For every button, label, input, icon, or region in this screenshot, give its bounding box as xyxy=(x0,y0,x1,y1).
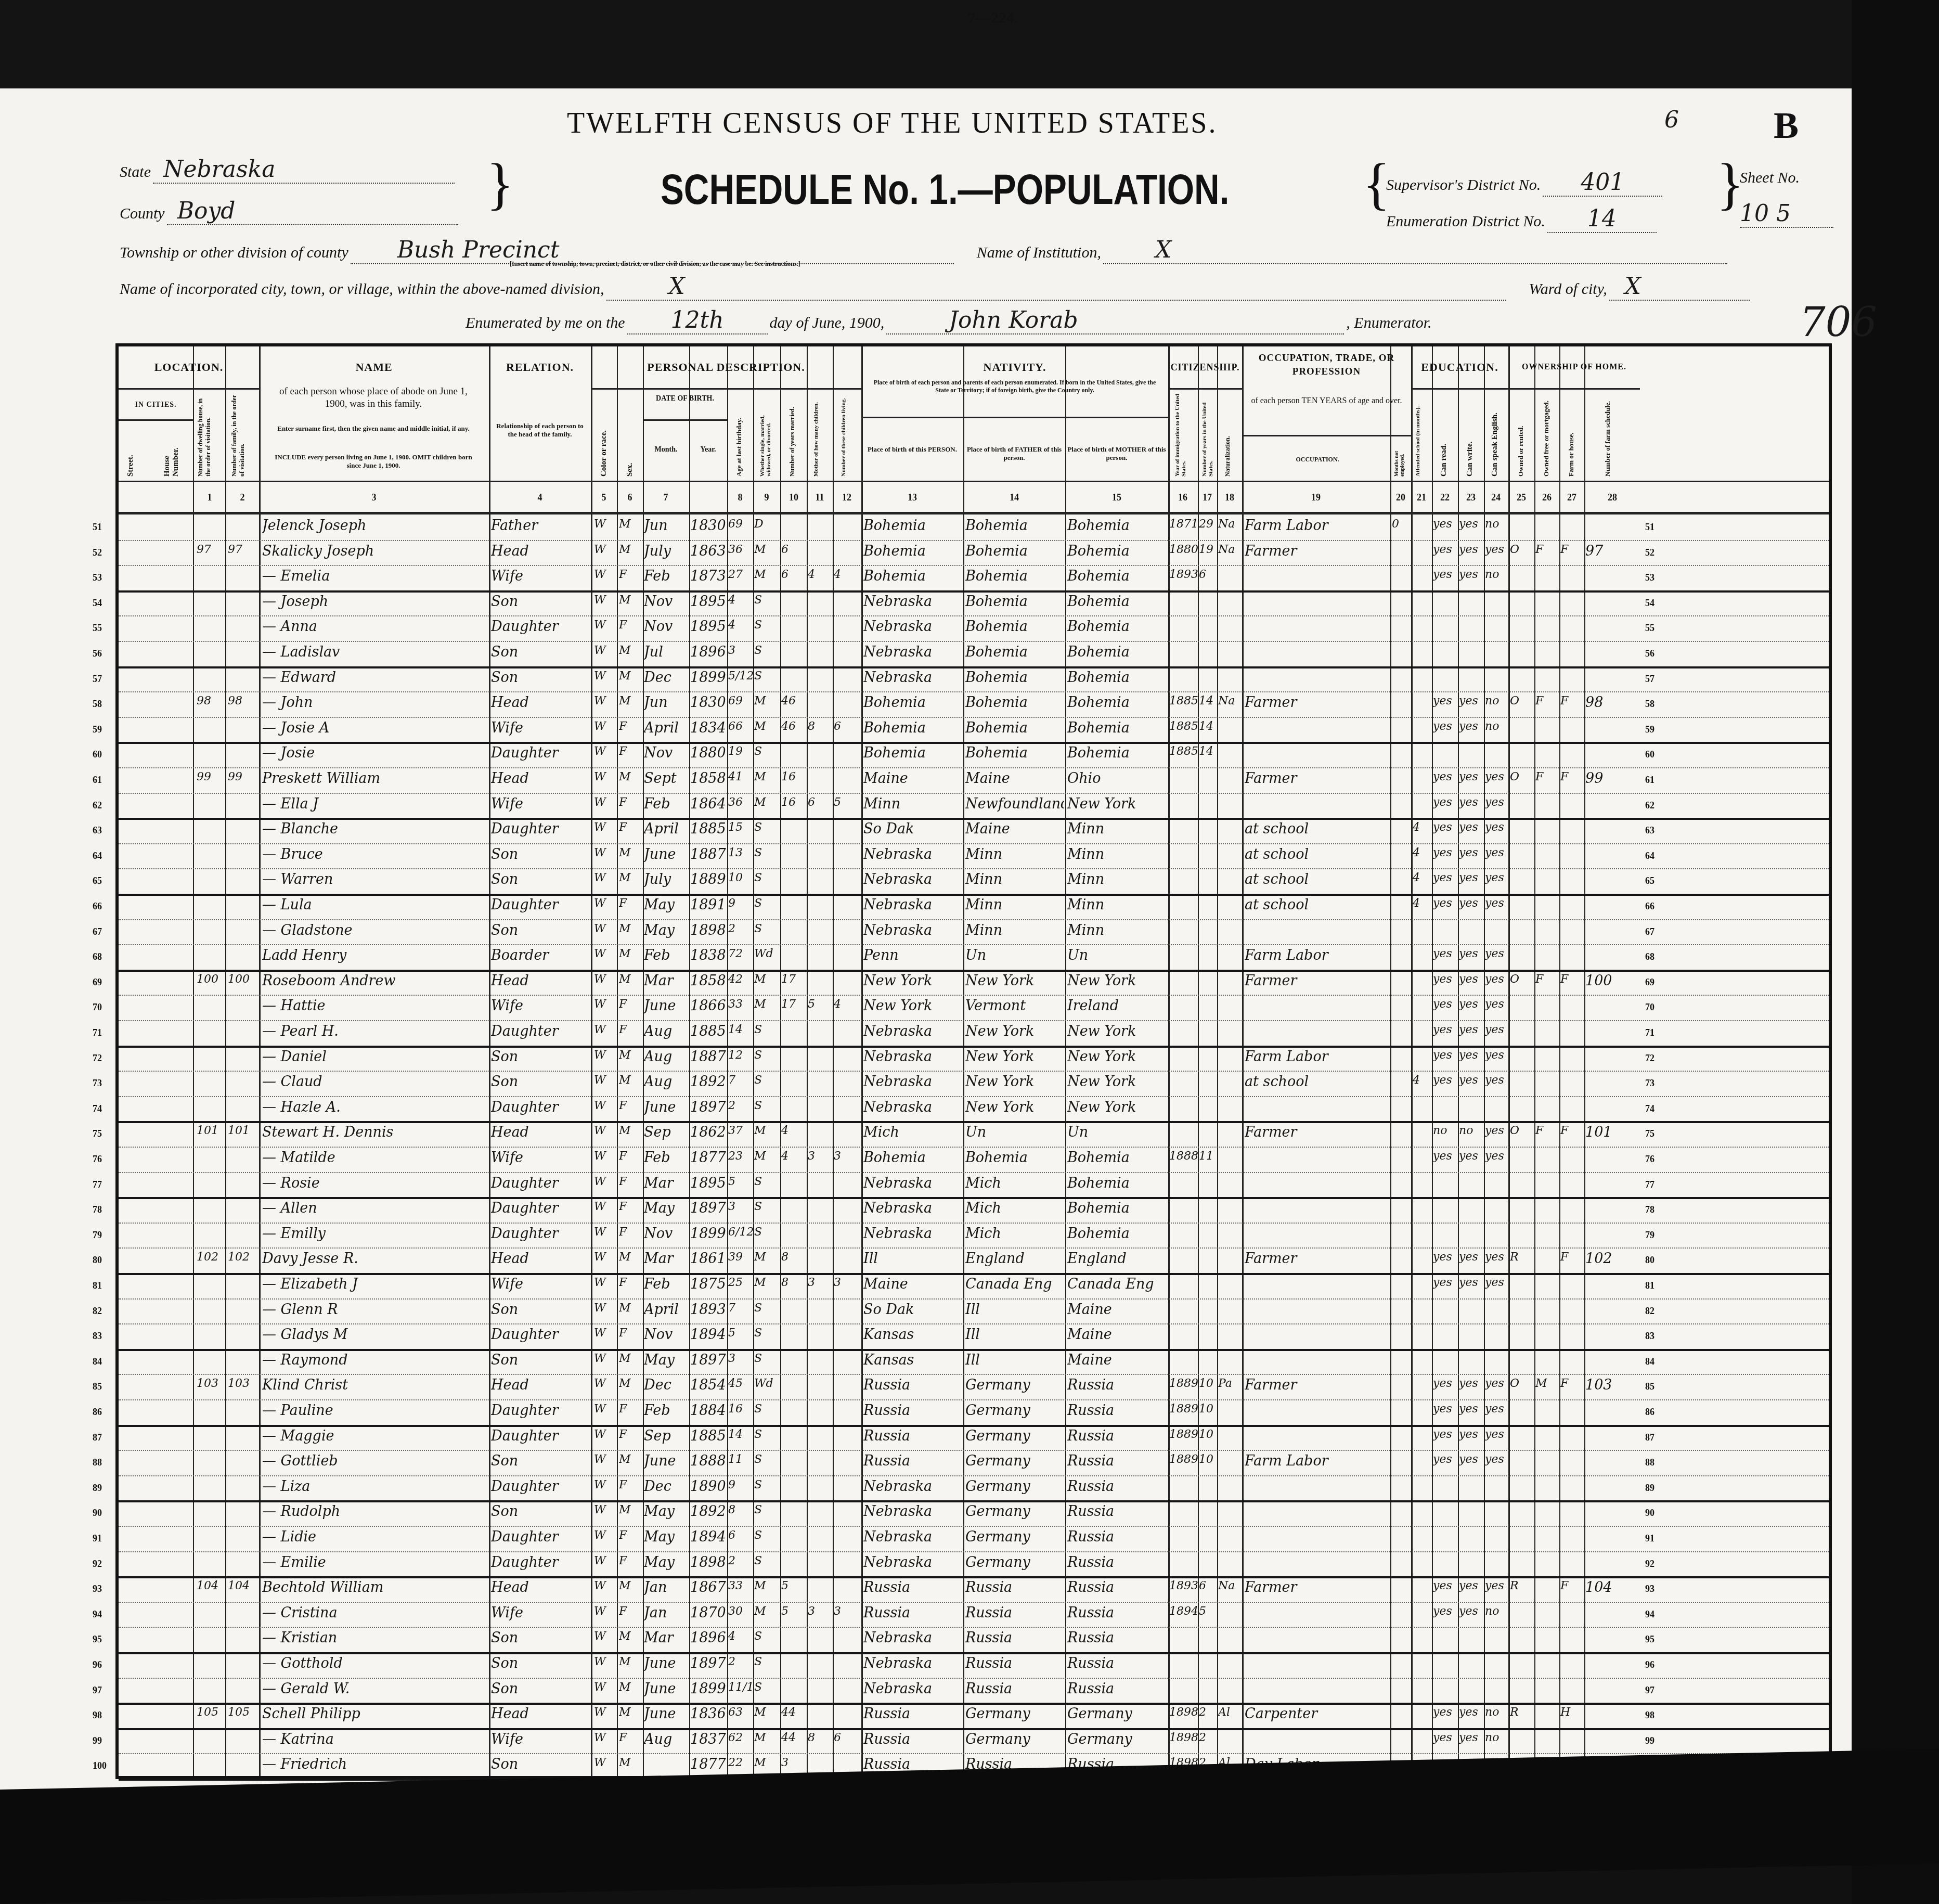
naturalization: Na xyxy=(1218,694,1241,716)
years-in-us xyxy=(1199,846,1217,868)
occupation xyxy=(1245,922,1389,944)
column-number: 26 xyxy=(1536,492,1557,503)
can-write xyxy=(1459,1478,1483,1500)
marital-status: S xyxy=(754,1478,779,1500)
line-number-right: 68 xyxy=(1645,951,1654,962)
immigration-year: 1885 xyxy=(1169,745,1198,767)
years-in-us: 5 xyxy=(1199,1605,1217,1627)
can-write: no xyxy=(1459,1124,1483,1146)
family-number xyxy=(228,1023,256,1045)
attended-school xyxy=(1413,1655,1431,1677)
children-living xyxy=(834,821,860,843)
farm-schedule-number xyxy=(1585,644,1637,666)
family-number: 103 xyxy=(228,1377,256,1399)
table-row: 9797— Gerald W.SonWMJune189911/12SNebras… xyxy=(119,1678,1829,1705)
months-unemployed xyxy=(1392,897,1411,919)
attended-school xyxy=(1413,1226,1431,1247)
birthplace-person: Nebraska xyxy=(863,594,962,615)
dwelling-number xyxy=(197,1074,225,1096)
age: 2 xyxy=(728,922,753,944)
naturalization xyxy=(1218,770,1241,792)
dwelling-number xyxy=(197,1276,225,1298)
can-read: yes xyxy=(1433,694,1457,716)
dwelling-number xyxy=(197,1428,225,1450)
years-in-us xyxy=(1199,1023,1217,1045)
occupation: Farmer xyxy=(1245,694,1389,716)
dwelling-number: 97 xyxy=(197,543,225,565)
birth-month: June xyxy=(644,1681,689,1703)
months-unemployed xyxy=(1392,543,1411,565)
dwelling-number: 105 xyxy=(197,1706,225,1728)
enumeration-value[interactable]: 14 xyxy=(1547,205,1657,233)
can-read: yes xyxy=(1433,770,1457,792)
marital-status: S xyxy=(754,1023,779,1045)
birth-month: Feb xyxy=(644,947,689,969)
years-married: 17 xyxy=(781,973,806,995)
birth-month: Aug xyxy=(644,1731,689,1753)
color-race: W xyxy=(594,644,617,666)
year-header: Year. xyxy=(689,445,727,455)
occupation: Farmer xyxy=(1245,543,1389,565)
birth-month: Sep xyxy=(644,1124,689,1146)
speaks-english xyxy=(1485,619,1508,640)
relationship: Wife xyxy=(491,998,590,1020)
farm-house xyxy=(1560,1074,1583,1096)
naturalization xyxy=(1218,1023,1241,1045)
speaks-english xyxy=(1485,594,1508,615)
color-race: W xyxy=(594,1327,617,1348)
years-married xyxy=(781,1630,806,1652)
page-number: 6 xyxy=(1664,107,1679,133)
years-in-us xyxy=(1199,619,1217,640)
farm-schedule-number xyxy=(1585,1503,1637,1525)
color-race: W xyxy=(594,1150,617,1172)
speaks-english xyxy=(1485,1529,1508,1551)
age: 62 xyxy=(728,1731,753,1753)
family-number xyxy=(228,670,256,691)
age: 7 xyxy=(728,1302,753,1323)
header-farm-schedule: Number of farm schedule. xyxy=(1604,391,1612,477)
family-number: 100 xyxy=(228,973,256,995)
sex: F xyxy=(619,745,642,767)
birthplace-mother: Ohio xyxy=(1067,770,1167,792)
birthplace-person: Bohemia xyxy=(863,720,962,742)
owned-rented xyxy=(1510,1630,1533,1652)
city-row: Name of incorporated city, town, or vill… xyxy=(120,273,1836,301)
free-mortgaged xyxy=(1535,594,1558,615)
header-farm-house: Farm or house. xyxy=(1567,424,1575,477)
farm-schedule-number xyxy=(1585,871,1637,893)
birthplace-person: Russia xyxy=(863,1377,962,1399)
birthplace-person: Russia xyxy=(863,1706,962,1728)
table-row: 9292— EmilieDaughterWFMay18982SNebraskaG… xyxy=(119,1551,1829,1579)
farm-house xyxy=(1560,1327,1583,1348)
naturalization xyxy=(1218,1403,1241,1424)
relationship: Daughter xyxy=(491,619,590,640)
birthplace-father: Ill xyxy=(965,1327,1064,1348)
table-row: 9595— KristianSonWMMar18964SNebraskaRuss… xyxy=(119,1627,1829,1654)
relationship: Boarder xyxy=(491,947,590,969)
family-number xyxy=(228,720,256,742)
owned-rented xyxy=(1510,1099,1533,1121)
color-race: W xyxy=(594,871,617,893)
relationship: Daughter xyxy=(491,1200,590,1222)
marital-status: M xyxy=(754,568,779,590)
birthplace-person: Nebraska xyxy=(863,922,962,944)
years-married xyxy=(781,1403,806,1424)
free-mortgaged xyxy=(1535,1226,1558,1247)
can-read: no xyxy=(1433,1124,1457,1146)
birth-year: 1887 xyxy=(690,846,727,868)
months-unemployed: 0 xyxy=(1392,518,1411,539)
occupation xyxy=(1245,1276,1389,1298)
birth-year: 1873 xyxy=(690,568,727,590)
birthplace-mother: Maine xyxy=(1067,1302,1167,1323)
sex: F xyxy=(619,1605,642,1627)
can-read: yes xyxy=(1433,1579,1457,1601)
header-marital: Whether single, married, widowed, or div… xyxy=(759,393,772,477)
relationship: Head xyxy=(491,1706,590,1728)
dwelling-number xyxy=(197,1681,225,1703)
naturalization: Pa xyxy=(1218,1377,1241,1399)
owned-rented xyxy=(1510,1655,1533,1677)
birthplace-person: Nebraska xyxy=(863,1226,962,1247)
speaks-english: yes xyxy=(1485,1124,1508,1146)
enumerated-day[interactable]: 12th xyxy=(627,307,768,335)
can-read: yes xyxy=(1433,518,1457,539)
marital-status: S xyxy=(754,846,779,868)
relationship: Son xyxy=(491,871,590,893)
mother-of xyxy=(808,1226,833,1247)
can-read: yes xyxy=(1433,720,1457,742)
mother-of xyxy=(808,1681,833,1703)
relationship: Wife xyxy=(491,568,590,590)
farm-house xyxy=(1560,947,1583,969)
color-race: W xyxy=(594,1074,617,1096)
birthplace-father: Germany xyxy=(965,1731,1064,1753)
naturalization: Na xyxy=(1218,1579,1241,1601)
years-married: 4 xyxy=(781,1124,806,1146)
attended-school xyxy=(1413,1554,1431,1576)
birth-year: 1863 xyxy=(690,543,727,565)
farm-house xyxy=(1560,1099,1583,1121)
farm-schedule-number: 100 xyxy=(1585,973,1637,995)
children-living xyxy=(834,1352,860,1374)
person-name: — Lidie xyxy=(262,1529,487,1551)
can-write: yes xyxy=(1459,1251,1483,1272)
can-read: yes xyxy=(1433,1023,1457,1045)
farm-house xyxy=(1560,1655,1583,1677)
months-unemployed xyxy=(1392,1150,1411,1172)
can-write: yes xyxy=(1459,1605,1483,1627)
dwelling-number xyxy=(197,670,225,691)
immigration-year xyxy=(1169,1554,1198,1576)
farm-house xyxy=(1560,1023,1583,1045)
state-value[interactable]: Nebraska xyxy=(153,156,455,184)
birthplace-father: Un xyxy=(965,947,1064,969)
county-field: County Boyd xyxy=(120,198,484,225)
years-married xyxy=(781,947,806,969)
months-unemployed xyxy=(1392,720,1411,742)
city-value[interactable]: X xyxy=(606,273,1506,301)
age: 72 xyxy=(728,947,753,969)
children-living xyxy=(834,1706,860,1728)
can-write: yes xyxy=(1459,1074,1483,1096)
line-number: 60 xyxy=(93,749,102,760)
immigration-year xyxy=(1169,770,1198,792)
line-number-right: 79 xyxy=(1645,1230,1654,1241)
institution-value[interactable]: X xyxy=(1103,237,1727,264)
line-number-right: 87 xyxy=(1645,1432,1654,1443)
attended-school xyxy=(1413,1731,1431,1753)
farm-schedule-number xyxy=(1585,1630,1637,1652)
person-name: — Gladstone xyxy=(262,922,487,944)
family-number: 99 xyxy=(228,770,256,792)
attended-school xyxy=(1413,1124,1431,1146)
birthplace-person: Nebraska xyxy=(863,1200,962,1222)
color-race: W xyxy=(594,1529,617,1551)
birthplace-mother: Russia xyxy=(1067,1605,1167,1627)
immigration-year xyxy=(1169,922,1198,944)
years-married xyxy=(781,518,806,539)
attended-school: 4 xyxy=(1413,846,1431,868)
enumerator-name[interactable]: John Korab xyxy=(886,307,1344,335)
free-mortgaged xyxy=(1535,846,1558,868)
years-in-us xyxy=(1199,1074,1217,1096)
owned-rented xyxy=(1510,1049,1533,1071)
dwelling-number xyxy=(197,1503,225,1525)
speaks-english: yes xyxy=(1485,1428,1508,1450)
years-in-us xyxy=(1199,1302,1217,1323)
marital-status: S xyxy=(754,821,779,843)
children-living xyxy=(834,1200,860,1222)
can-write xyxy=(1459,1554,1483,1576)
relationship: Daughter xyxy=(491,1327,590,1348)
birth-year: 1858 xyxy=(690,770,727,792)
birth-month: June xyxy=(644,1706,689,1728)
birth-year: 1838 xyxy=(690,947,727,969)
sheet-label: Sheet No. xyxy=(1740,169,1800,187)
children-living xyxy=(834,1023,860,1045)
schedule-title: SCHEDULE No. 1.—POPULATION. xyxy=(661,165,1229,214)
can-read xyxy=(1433,1175,1457,1197)
attended-school xyxy=(1413,770,1431,792)
marital-status: M xyxy=(754,770,779,792)
free-mortgaged xyxy=(1535,1630,1558,1652)
naturalization xyxy=(1218,1630,1241,1652)
farm-house: F xyxy=(1560,1579,1583,1601)
birth-month: Jan xyxy=(644,1605,689,1627)
occupation xyxy=(1245,998,1389,1020)
family-number: 101 xyxy=(228,1124,256,1146)
farm-schedule-number xyxy=(1585,1099,1637,1121)
line-number: 62 xyxy=(93,800,102,811)
township-note: [Insert name of township, town, precinct… xyxy=(510,260,800,268)
birthplace-person: Russia xyxy=(863,1731,962,1753)
person-name: — Gerald W. xyxy=(262,1681,487,1703)
farm-house: F xyxy=(1560,543,1583,565)
marital-status: M xyxy=(754,1579,779,1601)
table-row: 5656— LadislavSonWMJul18963SNebraskaBohe… xyxy=(119,641,1829,668)
birthplace-father: New York xyxy=(965,1049,1064,1071)
birth-month: Sep xyxy=(644,1428,689,1450)
mother-of xyxy=(808,1503,833,1525)
birth-year: 1854 xyxy=(690,1377,727,1399)
person-name: — Pauline xyxy=(262,1403,487,1424)
occupation: Carpenter xyxy=(1245,1706,1389,1728)
sex: M xyxy=(619,1124,642,1146)
owned-rented xyxy=(1510,846,1533,868)
sex: M xyxy=(619,922,642,944)
table-row: 6262— Ella JWifeWFFeb186436M1665MinnNewf… xyxy=(119,793,1829,820)
person-name: Davy Jesse R. xyxy=(262,1251,487,1272)
years-married xyxy=(781,1503,806,1525)
county-value[interactable]: Boyd xyxy=(167,198,458,225)
birthplace-father: Bohemia xyxy=(965,1150,1064,1172)
birthplace-father: Russia xyxy=(965,1630,1064,1652)
speaks-english xyxy=(1485,1099,1508,1121)
ward-value[interactable]: X xyxy=(1609,273,1750,301)
line-number: 92 xyxy=(93,1559,102,1569)
can-write xyxy=(1459,1200,1483,1222)
birth-month: Mar xyxy=(644,973,689,995)
birthplace-father: Mich xyxy=(965,1226,1064,1247)
birthplace-person: Nebraska xyxy=(863,1630,962,1652)
owned-rented: O xyxy=(1510,1124,1533,1146)
family-number xyxy=(228,1352,256,1374)
birthplace-person: Maine xyxy=(863,770,962,792)
free-mortgaged xyxy=(1535,897,1558,919)
relationship: Head xyxy=(491,694,590,716)
years-married: 46 xyxy=(781,720,806,742)
birthplace-father: Germany xyxy=(965,1377,1064,1399)
farm-schedule-number xyxy=(1585,1150,1637,1172)
farm-house xyxy=(1560,1478,1583,1500)
owned-rented xyxy=(1510,796,1533,818)
can-read xyxy=(1433,1200,1457,1222)
birth-year: 1896 xyxy=(690,1630,727,1652)
months-unemployed xyxy=(1392,1226,1411,1247)
free-mortgaged xyxy=(1535,1099,1558,1121)
color-race: W xyxy=(594,1503,617,1525)
sheet-value[interactable]: 10 5 xyxy=(1740,200,1833,228)
population-table: LOCATION. IN CITIES. NAME of each person… xyxy=(115,343,1832,1779)
children-living: 3 xyxy=(834,1150,860,1172)
header-dwelling-number: Number of dwelling house, in the order o… xyxy=(197,393,212,477)
owned-rented: O xyxy=(1510,770,1533,792)
state-field: State Nebraska xyxy=(120,156,484,184)
line-number: 95 xyxy=(93,1634,102,1645)
farm-schedule-number xyxy=(1585,1175,1637,1197)
relationship: Son xyxy=(491,644,590,666)
age: 41 xyxy=(728,770,753,792)
birthplace-mother: Bohemia xyxy=(1067,694,1167,716)
birthplace-mother: Bohemia xyxy=(1067,644,1167,666)
speaks-english: no xyxy=(1485,568,1508,590)
line-number: 72 xyxy=(93,1053,102,1064)
table-row: 8888— GottliebSonWMJune188811SRussiaGerm… xyxy=(119,1450,1829,1476)
months-unemployed xyxy=(1392,1175,1411,1197)
birth-month: June xyxy=(644,1099,689,1121)
birthplace-father: Germany xyxy=(965,1529,1064,1551)
naturalization xyxy=(1218,1478,1241,1500)
supervisor-value[interactable]: 401 xyxy=(1543,169,1662,197)
farm-schedule-number xyxy=(1585,1731,1637,1753)
can-write: yes xyxy=(1459,568,1483,590)
mother-of xyxy=(808,1478,833,1500)
years-married xyxy=(781,871,806,893)
line-number-right: 83 xyxy=(1645,1331,1654,1342)
speaks-english xyxy=(1485,1655,1508,1677)
can-read: yes xyxy=(1433,568,1457,590)
marital-status: M xyxy=(754,796,779,818)
mother-of xyxy=(808,694,833,716)
family-number xyxy=(228,1200,256,1222)
birthplace-mother: Bohemia xyxy=(1067,1200,1167,1222)
owned-rented xyxy=(1510,720,1533,742)
dwelling-number xyxy=(197,1403,225,1424)
occupation: at school xyxy=(1245,1074,1389,1096)
mother-of xyxy=(808,1099,833,1121)
attended-school: 4 xyxy=(1413,1074,1431,1096)
months-unemployed xyxy=(1392,821,1411,843)
free-mortgaged xyxy=(1535,1200,1558,1222)
children-living xyxy=(834,1251,860,1272)
can-read: yes xyxy=(1433,846,1457,868)
dwelling-number xyxy=(197,594,225,615)
years-married: 5 xyxy=(781,1579,806,1601)
marital-status: M xyxy=(754,1731,779,1753)
farm-house xyxy=(1560,1503,1583,1525)
family-number xyxy=(228,871,256,893)
relationship: Son xyxy=(491,1630,590,1652)
birthplace-person: Bohemia xyxy=(863,694,962,716)
column-number: 1 xyxy=(199,492,220,503)
age: 2 xyxy=(728,1099,753,1121)
birthplace-person: Nebraska xyxy=(863,871,962,893)
relationship: Wife xyxy=(491,720,590,742)
person-name: — Blanche xyxy=(262,821,487,843)
birthplace-person: Kansas xyxy=(863,1327,962,1348)
children-living: 6 xyxy=(834,1731,860,1753)
birthplace-father: Germany xyxy=(965,1403,1064,1424)
dwelling-number xyxy=(197,796,225,818)
years-married: 8 xyxy=(781,1251,806,1272)
birthplace-father: Minn xyxy=(965,897,1064,919)
sex: M xyxy=(619,1251,642,1272)
birthplace-mother: Un xyxy=(1067,947,1167,969)
speaks-english xyxy=(1485,1554,1508,1576)
farm-house xyxy=(1560,619,1583,640)
line-number-right: 88 xyxy=(1645,1457,1654,1468)
naturalization xyxy=(1218,1175,1241,1197)
age: 3 xyxy=(728,644,753,666)
date-of-birth-header: DATE OF BIRTH. xyxy=(643,394,727,404)
attended-school xyxy=(1413,1453,1431,1475)
years-married xyxy=(781,1655,806,1677)
years-married xyxy=(781,1478,806,1500)
owned-rented xyxy=(1510,518,1533,539)
can-read: yes xyxy=(1433,998,1457,1020)
immigration-year xyxy=(1169,1124,1198,1146)
color-race: W xyxy=(594,1605,617,1627)
mother-of xyxy=(808,1352,833,1374)
family-number xyxy=(228,745,256,767)
family-number xyxy=(228,821,256,843)
owned-rented xyxy=(1510,1327,1533,1348)
farm-house xyxy=(1560,846,1583,868)
years-in-us xyxy=(1199,1175,1217,1197)
